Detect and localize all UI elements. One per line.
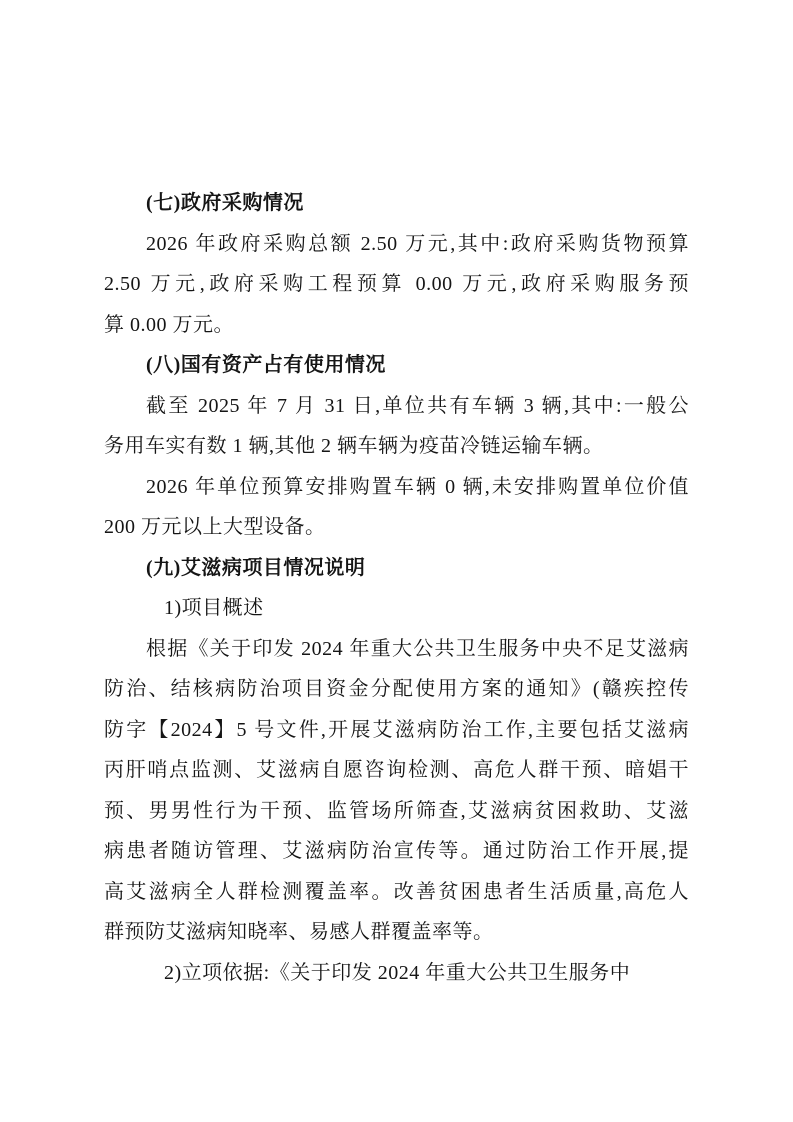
paragraph-line: 群预防艾滋病知晓率、易感人群覆盖率等。 bbox=[104, 912, 689, 953]
paragraph-line: 200 万元以上大型设备。 bbox=[104, 507, 689, 548]
paragraph-line: 防治、结核病防治项目资金分配使用方案的通知》(赣疾控传 bbox=[104, 669, 689, 710]
paragraph-line: 2026 年单位预算安排购置车辆 0 辆,未安排购置单位价值 bbox=[104, 467, 689, 508]
paragraph-line: 防字【2024】5 号文件,开展艾滋病防治工作,主要包括艾滋病 bbox=[104, 710, 689, 751]
paragraph-line: 截至 2025 年 7 月 31 日,单位共有车辆 3 辆,其中:一般公 bbox=[104, 386, 689, 427]
paragraph-line: 预、男男性行为干预、监管场所筛查,艾滋病贫困救助、艾滋 bbox=[104, 791, 689, 832]
section-heading-aids-project: (九)艾滋病项目情况说明 bbox=[104, 548, 689, 589]
numbered-item-project-basis: 2)立项依据:《关于印发 2024 年重大公共卫生服务中 bbox=[104, 953, 689, 994]
paragraph-line: 2.50 万元,政府采购工程预算 0.00 万元,政府采购服务预 bbox=[104, 264, 689, 305]
document-page: (七)政府采购情况 2026 年政府采购总额 2.50 万元,其中:政府采购货物… bbox=[0, 0, 793, 1122]
paragraph-line: 根据《关于印发 2024 年重大公共卫生服务中央不足艾滋病 bbox=[104, 629, 689, 670]
document-content: (七)政府采购情况 2026 年政府采购总额 2.50 万元,其中:政府采购货物… bbox=[104, 183, 689, 993]
section-heading-state-assets: (八)国有资产占有使用情况 bbox=[104, 345, 689, 386]
paragraph-line: 病患者随访管理、艾滋病防治宣传等。通过防治工作开展,提 bbox=[104, 831, 689, 872]
numbered-item-project-overview: 1)项目概述 bbox=[104, 588, 689, 629]
paragraph-line: 高艾滋病全人群检测覆盖率。改善贫困患者生活质量,高危人 bbox=[104, 872, 689, 913]
paragraph-line: 2026 年政府采购总额 2.50 万元,其中:政府采购货物预算 bbox=[104, 224, 689, 265]
paragraph-line: 算 0.00 万元。 bbox=[104, 305, 689, 346]
section-heading-gov-procurement: (七)政府采购情况 bbox=[104, 183, 689, 224]
paragraph-line: 丙肝哨点监测、艾滋病自愿咨询检测、高危人群干预、暗娼干 bbox=[104, 750, 689, 791]
paragraph-line: 务用车实有数 1 辆,其他 2 辆车辆为疫苗冷链运输车辆。 bbox=[104, 426, 689, 467]
